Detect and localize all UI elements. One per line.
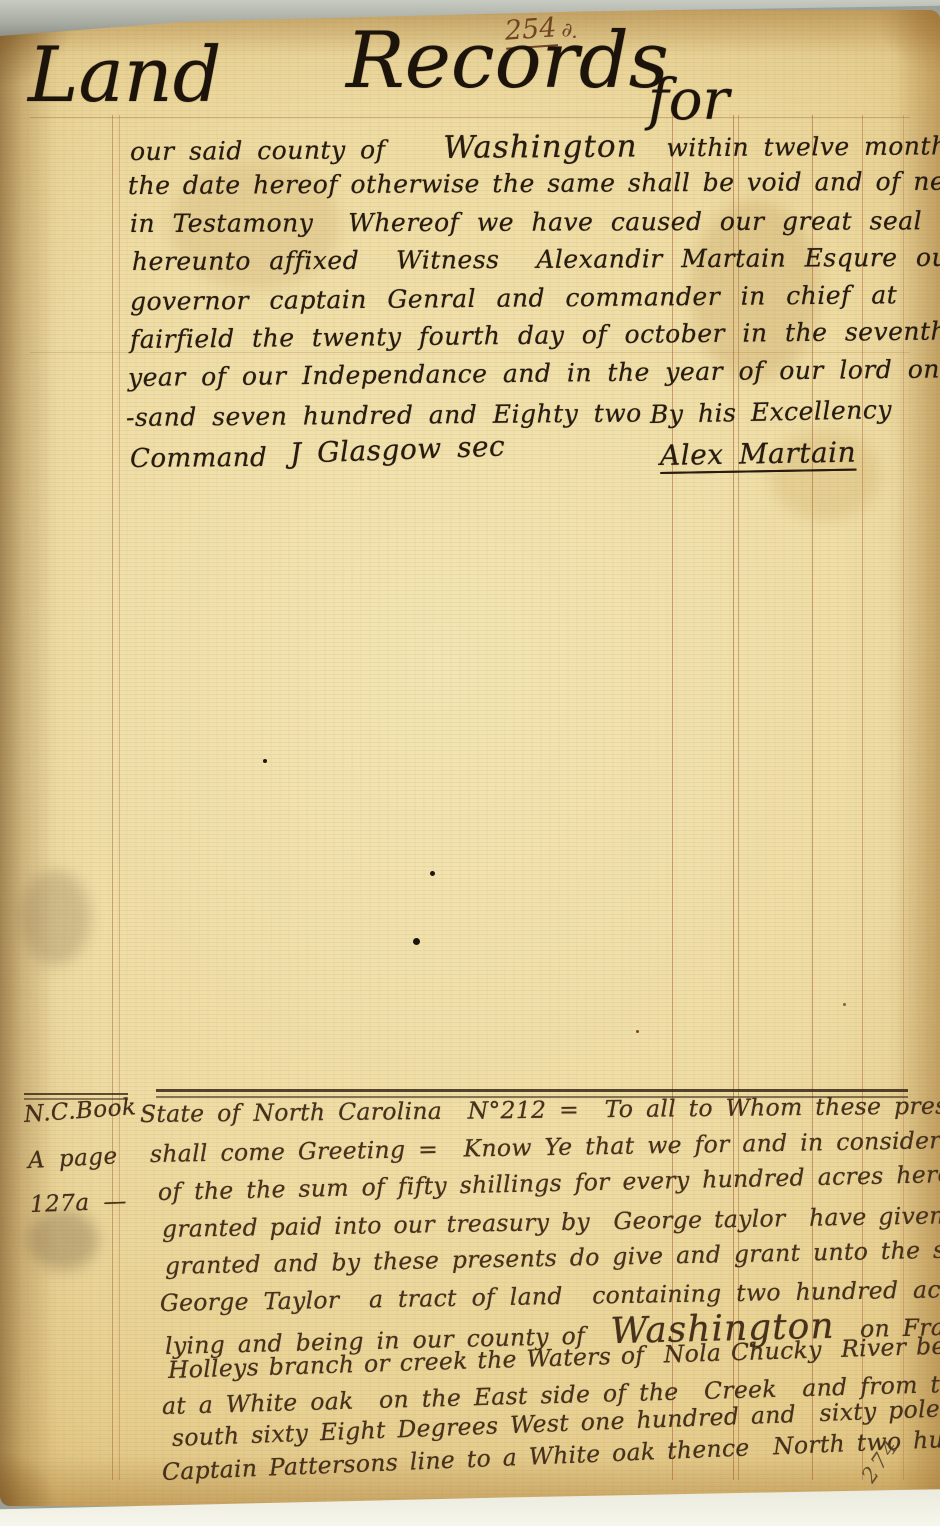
line-text: within twelve months from [637, 131, 940, 163]
ink-spot [636, 1030, 639, 1033]
ruled-line-vertical [119, 115, 120, 1480]
page-title-word-records: Records [346, 16, 669, 106]
ink-spot [413, 938, 420, 945]
paper: 254 ∂. Land Records for our said county … [0, 10, 940, 1506]
county-name: Washington [443, 128, 638, 165]
governor-signature: Alex Martain [660, 436, 857, 472]
margin-note-page: A page [27, 1143, 118, 1174]
stain [20, 870, 90, 965]
separator-rule [24, 1093, 128, 1095]
ink-spot [430, 871, 435, 876]
ruled-line-vertical [112, 115, 113, 1480]
line-text: our said county of [130, 135, 443, 166]
handwritten-line: -sand seven hundred and Eighty two [126, 398, 642, 431]
attestation-by-his-excellency: By his Excellency [650, 395, 893, 429]
handwritten-line: our said county of Washington within twe… [130, 126, 940, 168]
margin-note-page-number: 127a — [30, 1189, 128, 1218]
page-title-word-land: Land [28, 30, 221, 119]
command-note: Command [130, 443, 268, 474]
ink-spot [263, 759, 267, 763]
handwritten-line: the date hereof otherwise the same shall… [128, 166, 940, 200]
handwritten-line: in Testamony Whereof we have caused our … [130, 206, 940, 238]
ink-spot [843, 1003, 846, 1006]
stain [28, 1210, 98, 1270]
separator-rule [156, 1089, 908, 1092]
page-title-word-for: for [648, 68, 729, 133]
handwritten-line: hereunto affixed Witness Alexandir Marta… [132, 243, 940, 276]
